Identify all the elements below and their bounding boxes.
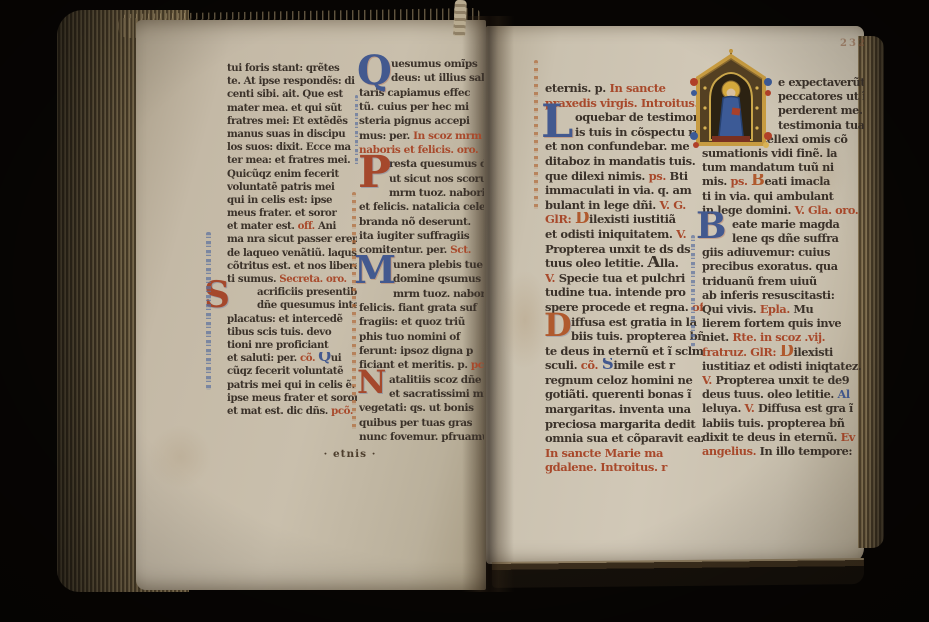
rubric-text: In sancte [609, 81, 665, 95]
body-text: peccatores ut ĩ [778, 89, 864, 103]
rubric-text: V. [702, 373, 715, 387]
rubric-text: Ev [841, 430, 855, 444]
text-line: cũqz fecerit voluntatẽ [227, 365, 357, 378]
body-text: te. At ipse respondẽs: di [227, 75, 355, 87]
body-text: mrm tuoz. naboris et [393, 288, 484, 300]
body-text: vegetati: qs. ut bonis [359, 402, 474, 414]
body-text: et mater est. [227, 220, 298, 232]
text-line: tum mandatum tuũ ni [702, 160, 864, 174]
body-text: eternis. p. [545, 81, 609, 95]
text-line: niet. Rte. in scoz .vij. [702, 330, 864, 344]
rubric-text: gdalene. Introitus. r [545, 460, 667, 474]
text-line: te. At ipse respondẽs: di [227, 75, 357, 88]
body-text: eate marie magda [732, 217, 839, 231]
text-line: taris capiamus effec [359, 86, 484, 100]
body-text: te deus in eternũ et ĩ sclm [545, 344, 703, 358]
text-line: et non confundebar. me [545, 139, 703, 154]
body-text: Ani [318, 220, 336, 232]
body-text: B [751, 174, 764, 188]
body-text: mis. [702, 174, 730, 188]
body-text: is tuis in cõspectu regũ [575, 125, 703, 139]
body-text: deus tuus. oleo letitie. [702, 387, 838, 401]
body-text: ab inferis resuscitasti: [702, 288, 834, 302]
body-text: qui in celis est: ipse [227, 194, 332, 206]
text-line: ti sumus. Secreta. oro. [227, 273, 357, 286]
text-line: ipse meus frater et soror [227, 392, 357, 405]
text-line: biis tuis. propterea bñdix [545, 329, 703, 344]
text-line: et mat est. dic dñs. pcõ. [227, 405, 357, 418]
body-text: resta quesumus dñe: [389, 158, 484, 170]
text-line: ferunt: ipsoz digna p [359, 344, 484, 358]
body-text: D [575, 212, 589, 227]
text-line: felicis. fiant grata suf [359, 301, 484, 315]
body-text: unera plebis tue [393, 259, 483, 271]
body-text: taris capiamus effec [359, 87, 470, 99]
text-column-right-1: eternis. p. In sanctepraxedis virgis. In… [545, 81, 703, 475]
text-line: Propterea unxit te ds ds [545, 242, 703, 257]
body-text: mus: per. [359, 130, 413, 142]
rubric-text: V. [676, 227, 686, 241]
text-line: fratres mei: Et extẽdẽs [227, 115, 357, 128]
rubric-text: ps. [649, 169, 670, 183]
rubric-text: angelius. [702, 444, 760, 458]
text-line: sculi. cõ. Simile est r [545, 358, 703, 373]
body-text: tũ. cuius per hec mi [359, 101, 469, 113]
text-line: margaritas. inventa una [545, 402, 703, 417]
text-line: acrificiis presentibz [227, 286, 357, 299]
text-line: regnum celoz homini ne [545, 373, 703, 388]
text-line: leluya. V. Diffusa est gra ĩ [702, 401, 864, 415]
text-line: uesumus omĩps [359, 57, 484, 71]
body-text: tuus oleo letitie. [545, 256, 647, 270]
body-text: In illo tempore: [760, 444, 852, 458]
body-text: acrificiis presentibz [257, 286, 357, 298]
body-text: que dilexi nimis. [545, 169, 649, 183]
text-line: qui in celis est: ipse [227, 194, 357, 207]
body-text: et non confundebar. me [545, 139, 689, 153]
text-line: In sancte Marie ma [545, 446, 703, 461]
text-line: manus suas in discipu [227, 128, 357, 141]
folio-number: 232 [840, 38, 867, 49]
body-text: ficiant et meritis. p. [359, 359, 471, 371]
body-text: regnum celoz homini ne [545, 373, 692, 387]
text-line: meus frater. et soror [227, 207, 357, 220]
text-line: iustitiaz et odisti iniqtatez. [702, 359, 864, 373]
text-line: bulant in lege dñi. V. G. [545, 198, 703, 213]
text-line: omnia sua et cõparavit eaz. [545, 431, 703, 446]
rubric-text: V. [545, 271, 559, 285]
body-text: et sacratissimi munẽ [389, 388, 484, 400]
body-text: domine qsumus scoz [393, 273, 484, 285]
body-text: S [602, 358, 614, 373]
text-line: in lege domini. V. Gla. oro. [702, 203, 864, 217]
text-line: tũ. cuius per hec mi [359, 100, 484, 114]
body-text: phis tuo nomini of [359, 331, 460, 343]
body-text: giis adiuvemur: cuius [702, 245, 830, 259]
body-text: et felicis. natalicia cele [359, 201, 484, 213]
body-text: Mu [793, 302, 813, 316]
body-text: deus: ut illius salu [391, 72, 484, 84]
rubric-text: cõ. [300, 352, 318, 364]
body-text: omnia sua et cõparavit eaz. [545, 431, 703, 445]
body-text: spere procede et regna. [545, 300, 692, 314]
text-line: los suos: dixit. Ecce ma [227, 141, 357, 154]
body-text: ter mea: et fratres mei. [227, 154, 350, 166]
text-line: precibus exoratus. qua [702, 259, 864, 273]
body-text: ditaboz in mandatis tuis. [545, 154, 695, 168]
text-column-left-1: tui foris stant: qrẽteste. At ipse respo… [227, 62, 357, 418]
rubric-text: cõ. [581, 358, 602, 372]
text-line: V. Propterea unxit te de9 [702, 373, 864, 387]
text-line: labiis tuis. propterea bñ [702, 416, 864, 430]
text-line: comitentur. per. Sct. [359, 243, 484, 257]
rubric-text: In scoz mrm [413, 130, 481, 142]
body-text: meus frater. et soror [227, 207, 336, 219]
text-line: voluntatẽ patris mei [227, 181, 357, 194]
body-text: dñe quesumus intende [257, 299, 357, 311]
text-line: mrm tuoz. naboris [359, 186, 484, 200]
text-line: lierem fortem quis inve [702, 316, 864, 330]
text-line: vegetati: qs. ut bonis [359, 401, 484, 415]
body-text: et odisti iniquitatem. [545, 227, 676, 241]
rubric-text: In sancte Marie ma [545, 446, 663, 460]
body-text: et saluti: per. [227, 352, 300, 364]
text-line: de laqueo venãtiũ. laqus [227, 247, 357, 260]
body-text: placatus: et intercedẽ [227, 313, 343, 325]
body-text: patris mei qui in celis ẽ. [227, 379, 355, 391]
body-text: D [780, 345, 794, 359]
text-line: tioni nre proficiant [227, 339, 357, 352]
rubric-text: ps. [730, 174, 751, 188]
text-line: immaculati in via. q. am [545, 183, 703, 198]
body-text: fragiis: et quoz triũ [359, 316, 465, 328]
rubric-text: Secreta. oro. [279, 273, 346, 285]
body-text: ita iugiter suffragiis [359, 230, 469, 242]
text-line: lene qs dñe suffra [702, 231, 864, 245]
body-text: uesumus omĩps [391, 58, 477, 70]
body-text: preciosa margarita dedit [545, 417, 695, 431]
text-line: ab inferis resuscitasti: [702, 288, 864, 302]
body-text: testimonia tua [778, 118, 864, 132]
body-text: lla. [660, 256, 679, 270]
body-text: imile est r [613, 358, 674, 372]
rubric-text: naboris et felicis. oro. [359, 144, 478, 156]
body-text: fratres mei: Et extẽdẽs [227, 115, 348, 127]
text-line: V. Specie tua et pulchri [545, 271, 703, 286]
text-line: domine qsumus scoz [359, 272, 484, 286]
body-text: sculi. [545, 358, 581, 372]
rubric-text: V. [745, 401, 758, 415]
body-text: Propterea unxit te ds ds [545, 242, 690, 256]
body-text: labiis tuis. propterea bñ [702, 416, 845, 430]
body-text: triduanũ frem uiuũ [702, 274, 817, 288]
text-line: iffusa est gratia in la [545, 315, 703, 330]
body-text: mater mea. et qui sũt [227, 102, 342, 114]
body-text: felicis. fiant grata suf [359, 302, 477, 314]
body-text: eati imacla [764, 174, 830, 188]
rubric-text: Epla. [760, 302, 794, 316]
body-text: los suos: dixit. Ecce ma [227, 141, 351, 153]
body-text: mrm tuoz. naboris [389, 187, 484, 199]
body-text: ti in via. qui ambulant [702, 189, 834, 203]
text-line: que dilexi nimis. ps. Bti [545, 169, 703, 184]
body-text: Quicũqz enim fecerit [227, 168, 339, 180]
body-text: Q [318, 352, 330, 365]
text-line: dñe quesumus intende [227, 299, 357, 312]
text-line: ut sicut nos scorum [359, 172, 484, 186]
body-text: tibus scis tuis. devo [227, 326, 331, 338]
text-line: et felicis. natalicia cele [359, 200, 484, 214]
text-line: eate marie magda [702, 217, 864, 231]
text-line: te deus in eternũ et ĩ sclm [545, 344, 703, 359]
text-line: resta quesumus dñe: [359, 157, 484, 171]
body-text: A [647, 256, 660, 271]
body-text: tioni nre proficiant [227, 339, 328, 351]
text-line: placatus: et intercedẽ [227, 313, 357, 326]
text-line: ditaboz in mandatis tuis. [545, 154, 703, 169]
text-line: mrm tuoz. naboris et [359, 287, 484, 301]
body-text: precibus exoratus. qua [702, 259, 838, 273]
text-line: quibus per tuas gras [359, 416, 484, 430]
rubric-text: fratruz. GlR: [702, 345, 780, 359]
text-line: unera plebis tue [359, 258, 484, 272]
manuscript-photo: tui foris stant: qrẽteste. At ipse respo… [0, 0, 929, 622]
rubric-text: pcõ. [331, 405, 353, 417]
text-line: gdalene. Introitus. r [545, 460, 703, 475]
body-text: immaculati in via. q. am [545, 183, 691, 197]
text-line: triduanũ frem uiuũ [702, 274, 864, 288]
text-line: dixit te deus in eternũ. Ev [702, 430, 864, 444]
body-text: cũqz fecerit voluntatẽ [227, 365, 343, 377]
body-text: branda nõ deserunt. [359, 216, 471, 228]
body-text: margaritas. inventa una [545, 402, 691, 416]
text-line: Qui vivis. Epla. Mu [702, 302, 864, 316]
body-text: de laqueo venãtiũ. laqus [227, 247, 357, 259]
text-column-left-2: uesumus omĩpsdeus: ut illius salutaris c… [359, 57, 484, 444]
text-line: tuus oleo letitie. Alla. [545, 256, 703, 271]
catchword: · etnis · [300, 448, 400, 460]
text-line: et odisti iniquitatem. V. [545, 227, 703, 242]
text-line: giis adiuvemur: cuius [702, 245, 864, 259]
text-line: eternis. p. In sancte [545, 81, 703, 96]
body-text: tui foris stant: qrẽtes [227, 62, 339, 74]
body-text: Propterea unxit te de9 [715, 373, 849, 387]
text-line: gotiãti. querenti bonas ĩ [545, 387, 703, 402]
body-text: ut sicut nos scorum [389, 173, 484, 185]
text-line: deus: ut illius salu [359, 71, 484, 85]
text-line: phis tuo nomini of [359, 330, 484, 344]
text-line: angelius. In illo tempore: [702, 444, 864, 458]
text-line: ma nra sicut passer erepta ẽ [227, 233, 357, 246]
rubric-text: praxedis virgis. Introitus. [545, 96, 698, 110]
body-text: dixit te deus in eternũ. [702, 430, 841, 444]
body-text: quibus per tuas gras [359, 417, 472, 429]
body-text: lene qs dñe suffra [732, 231, 839, 245]
text-line: mus: per. In scoz mrm [359, 129, 484, 143]
text-line: spere procede et regna. off: [545, 300, 703, 315]
text-line: is tuis in cõspectu regũ [545, 125, 703, 140]
body-text: et mat est. dic dñs. [227, 405, 331, 417]
historiated-initial-miniature-icon [686, 48, 776, 152]
bottom-page-stack [492, 558, 864, 588]
text-line: oquebar de testimoni [545, 110, 703, 125]
body-text: Bti [670, 169, 688, 183]
text-line: GlR: Dilexisti iustitiã [545, 212, 703, 227]
text-line: mis. ps. Beati imacla [702, 174, 864, 188]
rubric-text: V. Gla. oro. [795, 203, 859, 217]
text-line: praxedis virgis. Introitus. [545, 96, 703, 111]
text-line: fragiis: et quoz triũ [359, 315, 484, 329]
rubric-text: Rte. in scoz .vij. [732, 330, 825, 344]
text-line: preciosa margarita dedit [545, 417, 703, 432]
body-text: in lege domini. [702, 203, 795, 217]
rubric-text: GlR: [545, 212, 575, 226]
body-text: Diffusa est gra ĩ [758, 401, 853, 415]
text-line: steria pignus accepi [359, 114, 484, 128]
body-text: Al [838, 387, 850, 401]
text-line: tibus scis tuis. devo [227, 326, 357, 339]
rubric-text: V. G. [659, 198, 685, 212]
body-text: centi sibi. ait. Que est [227, 88, 343, 100]
spine-headband-tab [453, 0, 467, 36]
text-line: centi sibi. ait. Que est [227, 88, 357, 101]
rubric-text: pcõ. [471, 359, 484, 371]
body-text: ma nra sicut passer erepta ẽ [227, 233, 357, 245]
body-text: e expectaverũt [778, 75, 864, 89]
body-text: ilexisti iustitiã [589, 212, 676, 226]
body-text: iffusa est gratia in la [571, 315, 697, 329]
body-text: atalitiis scoz dñe [389, 374, 481, 386]
text-line: cõtritus est. et nos libera [227, 260, 357, 273]
body-text: ui [331, 352, 341, 364]
body-text: voluntatẽ patris mei [227, 181, 335, 193]
body-text: perderent me. [778, 103, 863, 117]
body-text: iustitiaz et odisti iniqtatez. [702, 359, 861, 373]
text-line: et mater est. off. Ani [227, 220, 357, 233]
body-text: ti sumus. [227, 273, 279, 285]
text-line: tui foris stant: qrẽtes [227, 62, 357, 75]
text-line: deus tuus. oleo letitie. Al [702, 387, 864, 401]
text-line: ter mea: et fratres mei. [227, 154, 357, 167]
text-line: ita iugiter suffragiis [359, 229, 484, 243]
body-text: ipse meus frater et soror [227, 392, 357, 404]
body-text: gotiãti. querenti bonas ĩ [545, 387, 691, 401]
body-text: Qui vivis. [702, 302, 760, 316]
body-text: tudine tua. intende pro [545, 285, 686, 299]
rubric-text: Sct. [450, 244, 471, 256]
body-text: tum mandatum tuũ ni [702, 160, 834, 174]
text-line: ficiant et meritis. p. pcõ. [359, 358, 484, 372]
body-text: bulant in lege dñi. [545, 198, 659, 212]
text-line: mater mea. et qui sũt [227, 102, 357, 115]
rubric-text: off. [298, 220, 318, 232]
body-text: cõtritus est. et nos libera [227, 260, 357, 272]
body-text: biis tuis. propterea bñdix [571, 329, 703, 343]
body-text: ilexisti [793, 345, 832, 359]
body-text: leluya. [702, 401, 745, 415]
body-text: nunc fovemur. pfruamur [359, 431, 484, 443]
text-line: tudine tua. intende pro [545, 285, 703, 300]
body-text: lierem fortem quis inve [702, 316, 841, 330]
body-text: manus suas in discipu [227, 128, 345, 140]
body-text: ferunt: ipsoz digna p [359, 345, 473, 357]
text-line: fratruz. GlR: Dilexisti [702, 345, 864, 359]
text-line: branda nõ deserunt. [359, 215, 484, 229]
body-text: oquebar de testimoni [575, 110, 703, 124]
text-line: Quicũqz enim fecerit [227, 168, 357, 181]
text-line: et sacratissimi munẽ [359, 387, 484, 401]
text-line: patris mei qui in celis ẽ. [227, 379, 357, 392]
body-text: niet. [702, 330, 732, 344]
text-line: ti in via. qui ambulant [702, 189, 864, 203]
body-text: Specie tua et pulchri [559, 271, 685, 285]
text-line: naboris et felicis. oro. [359, 143, 484, 157]
body-text: steria pignus accepi [359, 115, 470, 127]
body-text: comitentur. per. [359, 244, 450, 256]
text-line: et saluti: per. cõ. Qui [227, 352, 357, 365]
text-line: nunc fovemur. pfruamur [359, 430, 484, 444]
text-line: atalitiis scoz dñe [359, 373, 484, 387]
